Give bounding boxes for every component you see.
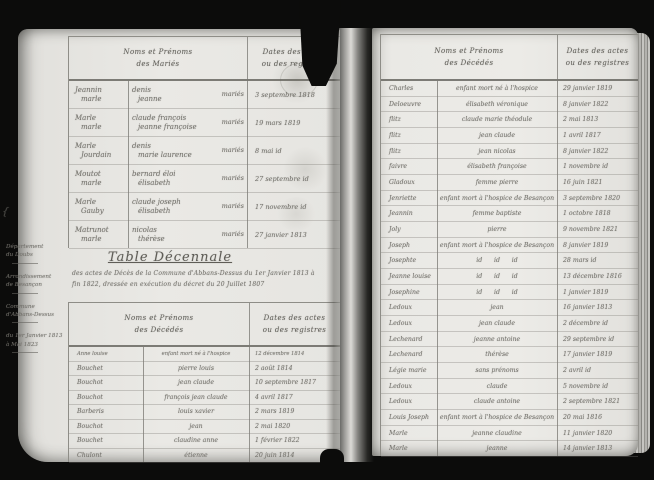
husband-surname: Jeannin [75, 86, 128, 94]
margin-brace-mark: { [1, 205, 10, 219]
marriage-date: 8 mai id [247, 147, 340, 155]
margin-note-line2: à Mai 1823 [6, 341, 66, 349]
deceased-given-names: claude antoine [437, 398, 557, 405]
margin-note-line1: Arrondissement [6, 273, 66, 281]
left-death-header-dates-line1: Dates des actes [264, 314, 326, 322]
deceased-given-names: élisabeth françoise [437, 163, 557, 170]
death-row: Barberis louis xavier 2 mars 1819 [69, 405, 340, 420]
husband-surname: Marle [75, 142, 128, 150]
death-act-date: 13 décembre 1816 [557, 273, 638, 280]
marriage-date: 27 septembre id [247, 175, 340, 183]
deceased-given-names: pierre [437, 226, 557, 233]
margin-note: Département du Doubs [6, 243, 66, 264]
deceased-surname: flitz [381, 132, 437, 139]
margin-note-line2: de Besançon [6, 281, 66, 289]
wife-surname: Gauby [81, 207, 128, 215]
marriage-givens-cell: claude françois jeanne françoise mariés [128, 114, 247, 131]
margin-note-rule [12, 352, 38, 353]
death-row: Lechenard jeanne antoine 29 septembre id [381, 332, 638, 348]
marriage-status: mariés [222, 174, 244, 182]
death-act-date: 1 février 1822 [249, 437, 340, 444]
deceased-given-names: jean claude [143, 379, 249, 386]
husband-surname: Matrunot [75, 226, 128, 234]
deceased-surname: Lechenard [381, 336, 437, 343]
deceased-surname: Joseph [381, 242, 437, 249]
right-death-header-dates-line2: ou des registres [566, 59, 629, 67]
section-subtitle-line2: fin 1822, dressée en exécution du décret… [72, 281, 334, 288]
death-act-date: 11 janvier 1820 [557, 430, 638, 437]
deceased-surname: Josephine [381, 289, 437, 296]
marriage-row: Marle Gauby claude joseph élisabeth mari… [69, 193, 340, 221]
deceased-surname: Bouchet [69, 437, 143, 444]
death-row: Ledoux jean claude 2 décembre id [381, 316, 638, 332]
marriage-surnames-cell: Marle marle [69, 114, 128, 131]
death-act-date: 29 septembre id [557, 336, 638, 343]
deceased-surname: Légie marie [381, 367, 437, 374]
deceased-surname: Jeannin [381, 210, 437, 217]
deceased-surname: Josephte [381, 257, 437, 264]
margin-note: Arrondissement de Besançon [6, 273, 66, 294]
right-death-table-header: Noms et Prénoms des Décédés Dates des ac… [381, 35, 638, 81]
marriage-status: mariés [222, 230, 244, 238]
left-death-header-dates: Dates des actes ou des registres [249, 303, 340, 345]
deceased-surname: Gladoux [381, 179, 437, 186]
deceased-surname: Bouchot [69, 394, 143, 401]
death-act-date: 1 octobre 1818 [557, 210, 638, 217]
death-row: flitz claude marie théodule 2 mai 1813 [381, 112, 638, 128]
deceased-surname: Chulont [69, 452, 143, 459]
death-row: Ledoux claude antoine 2 septembre 1821 [381, 394, 638, 410]
deceased-given-names: jeanne [437, 445, 557, 452]
death-row: Bouchot françois jean claude 4 avril 181… [69, 391, 340, 406]
death-row: Lechenard thérèse 17 janvier 1819 [381, 347, 638, 363]
death-row: Charles enfant mort né à l'hospice 29 ja… [381, 81, 638, 97]
deceased-given-names: sans prénoms [437, 367, 557, 374]
deceased-given-names: claudine anne [143, 437, 249, 444]
deceased-surname: Joly [381, 226, 437, 233]
section-title: Table Décennale [70, 250, 270, 265]
marriage-status: mariés [222, 146, 244, 154]
death-act-date: 8 janvier 1822 [557, 101, 638, 108]
deceased-given-names: jean nicolas [437, 148, 557, 155]
left-death-header-dates-line2: ou des registres [263, 326, 326, 334]
death-row: Bouchot jean 2 mai 1820 [69, 420, 340, 435]
death-act-date: 3 septembre 1820 [557, 195, 638, 202]
death-row: Bouchet pierre louis 2 août 1814 [69, 362, 340, 377]
deceased-surname: Bouchet [69, 365, 143, 372]
deceased-given-names: femme baptiste [437, 210, 557, 217]
husband-surname: Marle [75, 198, 128, 206]
deceased-surname: Jeanne louise [381, 273, 437, 280]
marriage-table-header: Noms et Prénoms des Mariés Dates des act… [69, 37, 340, 81]
death-act-date: 2 août 1814 [249, 365, 340, 372]
death-act-date: 2 septembre 1821 [557, 398, 638, 405]
right-page: Noms et Prénoms des Décédés Dates des ac… [372, 28, 638, 456]
wife-surname: marle [81, 123, 128, 131]
margin-note-line1: du 1er Janvier 1813 [6, 332, 66, 340]
death-act-date: 2 avril id [557, 367, 638, 374]
deceased-given-names: jean [143, 423, 249, 430]
margin-note-line2: du Doubs [6, 251, 66, 259]
marriage-table-body: Jeannin marle denis jeanne mariés 3 sept… [69, 81, 340, 249]
death-row: Marle jeanne 14 janvier 1813 [381, 441, 638, 457]
margin-note-rule [12, 263, 38, 264]
deceased-surname: Bouchot [69, 423, 143, 430]
right-death-header-dates: Dates des actes ou des registres [557, 35, 638, 79]
marriage-status: mariés [222, 118, 244, 126]
deceased-surname: Marle [381, 445, 437, 452]
marriage-givens-cell: nicolas thérèse mariés [128, 226, 247, 243]
right-death-header-dates-line1: Dates des actes [567, 47, 629, 55]
deceased-surname: Marle [381, 430, 437, 437]
death-row: Anne louise enfant mort né à l'hospice 1… [69, 347, 340, 362]
margin-note-line1: Département [6, 243, 66, 251]
death-row: Jenriette enfant mort à l'hospice de Bes… [381, 191, 638, 207]
death-act-date: 16 juin 1821 [557, 179, 638, 186]
deceased-surname: Louis Joseph [381, 414, 437, 421]
left-death-table-header: Noms et Prénoms des Décédés Dates des ac… [69, 303, 340, 347]
marriage-header-names-line2: des Mariés [136, 60, 179, 68]
section-subtitle-line1: des actes de Décès de la Commune d'Abban… [72, 270, 334, 277]
deceased-surname: faivre [381, 163, 437, 170]
deceased-surname: Barberis [69, 408, 143, 415]
marriage-surnames-cell: Jeannin marle [69, 86, 128, 103]
husband-surname: Marle [75, 114, 128, 122]
marriage-givens-cell: denis jeanne mariés [128, 86, 247, 103]
wife-surname: marle [81, 179, 128, 187]
death-row: Joseph enfant mort à l'hospice de Besanç… [381, 238, 638, 254]
death-row: flitz jean nicolas 8 janvier 1822 [381, 144, 638, 160]
deceased-given-names: claude marie théodule [437, 116, 557, 123]
deceased-given-names: enfant mort né à l'hospice [143, 351, 249, 357]
death-row: Jeannin femme baptiste 1 octobre 1818 [381, 206, 638, 222]
death-row: Louis Joseph enfant mort à l'hospice de … [381, 410, 638, 426]
marriage-row: Moutot marle bernard éloi élisabeth mari… [69, 165, 340, 193]
marriage-status: mariés [222, 202, 244, 210]
deceased-surname: Ledoux [381, 320, 437, 327]
right-death-header-names-line2: des Décédés [445, 59, 494, 67]
death-act-date: 2 mai 1813 [557, 116, 638, 123]
death-act-date: 9 novembre 1821 [557, 226, 638, 233]
marriage-givens-cell: claude joseph élisabeth mariés [128, 198, 247, 215]
death-row: Joly pierre 9 novembre 1821 [381, 222, 638, 238]
death-act-date: 1 avril 1817 [557, 132, 638, 139]
wife-surname: Jourdain [81, 151, 128, 159]
marriage-date: 19 mars 1819 [247, 119, 340, 127]
death-act-date: 1 janvier 1819 [557, 289, 638, 296]
marriage-row: Marle Jourdain denis marie laurence mari… [69, 137, 340, 165]
deceased-given-names: jean claude [437, 320, 557, 327]
death-act-date: 17 janvier 1819 [557, 351, 638, 358]
death-act-date: 2 mars 1819 [249, 408, 340, 415]
left-page: { Département du Doubs Arrondissement de… [18, 29, 340, 462]
deceased-given-names: pierre louis [143, 365, 249, 372]
right-death-table-body: Charles enfant mort né à l'hospice 29 ja… [381, 81, 638, 457]
death-row: flitz jean claude 1 avril 1817 [381, 128, 638, 144]
margin-note-line1: Commune [6, 303, 66, 311]
death-row: faivre élisabeth françoise 1 novembre id [381, 159, 638, 175]
marriage-header-names-line1: Noms et Prénoms [123, 48, 192, 56]
deceased-surname: Ledoux [381, 304, 437, 311]
death-act-date: 8 janvier 1822 [557, 148, 638, 155]
marriage-surnames-cell: Moutot marle [69, 170, 128, 187]
death-act-date: 29 janvier 1819 [557, 85, 638, 92]
death-act-date: 12 décembre 1814 [249, 351, 340, 357]
margin-note-line2: d'Abbans-Dessus [6, 311, 66, 319]
death-act-date: 16 janvier 1813 [557, 304, 638, 311]
death-row: Chulont étienne 20 juin 1814 [69, 449, 340, 464]
deceased-surname: Ledoux [381, 398, 437, 405]
death-row: Gladoux femme pierre 16 juin 1821 [381, 175, 638, 191]
death-act-date: 2 décembre id [557, 320, 638, 327]
deceased-given-names: id id id [437, 273, 557, 280]
marriage-row: Jeannin marle denis jeanne mariés 3 sept… [69, 81, 340, 109]
deceased-given-names: jeanne antoine [437, 336, 557, 343]
death-row: Ledoux claude 5 novembre id [381, 379, 638, 395]
death-act-date: 5 novembre id [557, 383, 638, 390]
margin-note: du 1er Janvier 1813 à Mai 1823 [6, 332, 66, 353]
left-death-header-names: Noms et Prénoms des Décédés [69, 303, 249, 345]
scanned-registry-photograph: { "left_page": { "margin_mark": "{", "ma… [0, 0, 654, 480]
marriage-status: mariés [222, 90, 244, 98]
right-death-table: Noms et Prénoms des Décédés Dates des ac… [380, 34, 638, 456]
deceased-surname: Charles [381, 85, 437, 92]
margin-notes: Département du Doubs Arrondissement de B… [6, 243, 66, 353]
margin-note-rule [12, 293, 38, 294]
margin-note-rule [12, 322, 38, 323]
deceased-surname: Ledoux [381, 383, 437, 390]
deceased-given-names: claude [437, 383, 557, 390]
marriage-givens-cell: denis marie laurence mariés [128, 142, 247, 159]
wife-surname: marle [81, 235, 128, 243]
left-death-table-body: Anne louise enfant mort né à l'hospice 1… [69, 347, 340, 463]
death-act-date: 10 septembre 1817 [249, 379, 340, 386]
deceased-given-names: id id id [437, 289, 557, 296]
marriage-date: 3 septembre 1818 [247, 91, 340, 99]
deceased-given-names: élisabeth véronique [437, 101, 557, 108]
death-row: Josephte id id id 28 mars id [381, 253, 638, 269]
left-death-header-names-line1: Noms et Prénoms [124, 314, 193, 322]
deceased-given-names: jeanne claudine [437, 430, 557, 437]
marriage-row: Matrunot marle nicolas thérèse mariés 27… [69, 221, 340, 249]
deceased-surname: Deloeuvre [381, 101, 437, 108]
marriage-surnames-cell: Marle Gauby [69, 198, 128, 215]
deceased-surname: Anne louise [69, 351, 143, 357]
deceased-given-names: femme pierre [437, 179, 557, 186]
binding-shadow-bottom [320, 449, 344, 480]
right-death-header-names-line1: Noms et Prénoms [434, 47, 503, 55]
husband-surname: Moutot [75, 170, 128, 178]
death-row: Bouchet claudine anne 1 février 1822 [69, 434, 340, 449]
death-act-date: 1 novembre id [557, 163, 638, 170]
death-act-date: 4 avril 1817 [249, 394, 340, 401]
deceased-surname: flitz [381, 116, 437, 123]
wife-surname: marle [81, 95, 128, 103]
deceased-surname: flitz [381, 148, 437, 155]
deceased-given-names: louis xavier [143, 408, 249, 415]
marriage-header-names: Noms et Prénoms des Mariés [69, 37, 247, 79]
deceased-given-names: françois jean claude [143, 394, 249, 401]
death-row: Josephine id id id 1 janvier 1819 [381, 285, 638, 301]
marriage-surnames-cell: Marle Jourdain [69, 142, 128, 159]
right-death-header-names: Noms et Prénoms des Décédés [381, 35, 557, 79]
deceased-given-names: enfant mort à l'hospice de Besançon [437, 195, 557, 202]
deceased-given-names: thérèse [437, 351, 557, 358]
deceased-surname: Lechenard [381, 351, 437, 358]
left-death-table: Noms et Prénoms des Décédés Dates des ac… [68, 302, 340, 462]
death-act-date: 20 mai 1816 [557, 414, 638, 421]
death-row: Ledoux jean 16 janvier 1813 [381, 300, 638, 316]
death-row: Deloeuvre élisabeth véronique 8 janvier … [381, 97, 638, 113]
marriage-date: 27 janvier 1813 [247, 231, 340, 239]
left-death-header-names-line2: des Décédés [135, 326, 184, 334]
deceased-given-names: enfant mort à l'hospice de Besançon [437, 242, 557, 249]
death-row: Marle jeanne claudine 11 janvier 1820 [381, 426, 638, 442]
death-act-date: 2 mai 1820 [249, 423, 340, 430]
marriage-row: Marle marle claude françois jeanne franç… [69, 109, 340, 137]
margin-note: Commune d'Abbans-Dessus [6, 303, 66, 324]
death-act-date: 28 mars id [557, 257, 638, 264]
death-row: Bouchot jean claude 10 septembre 1817 [69, 376, 340, 391]
deceased-given-names: enfant mort à l'hospice de Besançon [437, 414, 557, 421]
death-row: Jeanne louise id id id 13 décembre 1816 [381, 269, 638, 285]
deceased-given-names: id id id [437, 257, 557, 264]
death-act-date: 8 janvier 1819 [557, 242, 638, 249]
deceased-surname: Jenriette [381, 195, 437, 202]
deceased-given-names: étienne [143, 452, 249, 459]
marriage-date: 17 novembre id [247, 203, 340, 211]
deceased-given-names: jean claude [437, 132, 557, 139]
deceased-given-names: enfant mort né à l'hospice [437, 85, 557, 92]
death-row: Légie marie sans prénoms 2 avril id [381, 363, 638, 379]
marriage-table: Noms et Prénoms des Mariés Dates des act… [68, 36, 340, 248]
marriage-givens-cell: bernard éloi élisabeth mariés [128, 170, 247, 187]
marriage-surnames-cell: Matrunot marle [69, 226, 128, 243]
deceased-given-names: jean [437, 304, 557, 311]
death-act-date: 14 janvier 1813 [557, 445, 638, 452]
deceased-surname: Bouchot [69, 379, 143, 386]
